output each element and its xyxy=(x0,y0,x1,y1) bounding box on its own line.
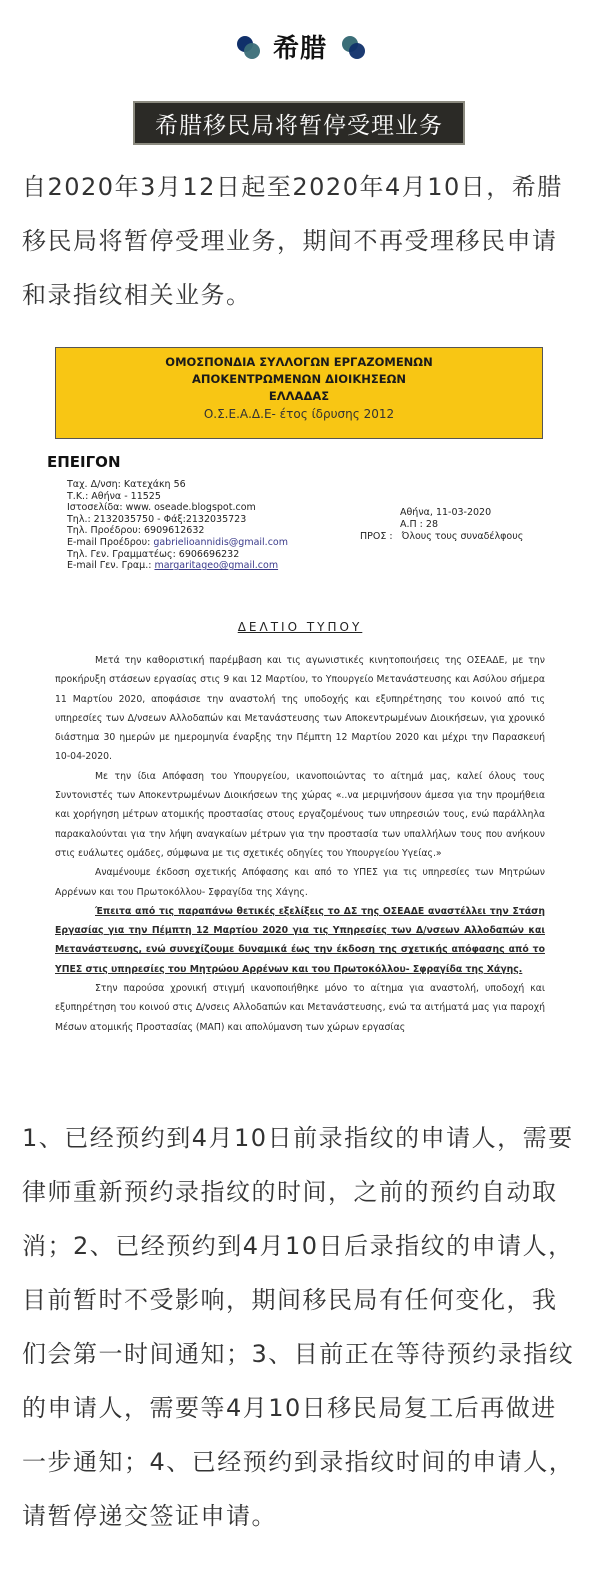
press-release-image: ΟΜΟΣΠΟΝΔΙΑ ΣΥΛΛΟΓΩΝ ΕΡΓΑΖΟΜΕΝΩΝ ΑΠΟΚΕΝΤΡ… xyxy=(40,335,560,1075)
president-email-link: gabrielioannidis@gmail.com xyxy=(153,537,288,548)
place-date: Αθήνα, 11-03-2020 xyxy=(400,507,491,519)
headline-banner: 希腊移民局将暂停受理业务 xyxy=(133,101,465,145)
body-paragraph: Με την ίδια Απόφαση του Υπουργείου, ικαν… xyxy=(55,767,545,863)
contact-line: Ταχ. Δ/νση: Κατεχάκη 56 xyxy=(67,479,288,491)
header-line: ΑΠΟΚΕΝΤΡΩΜΕΝΩΝ ΔΙΟΙΚΗΣΕΩΝ xyxy=(56,371,542,388)
body-paragraph: Μετά την καθοριστική παρέμβαση και τις α… xyxy=(55,651,545,767)
contact-line: Τηλ.: 2132035750 - Φάξ:2132035723 xyxy=(67,514,288,526)
recipient-value: Όλους τους συναδέλφους xyxy=(402,531,524,542)
bold-paragraph: Έπειτα από τις παραπάνω θετικές εξελίξει… xyxy=(55,902,545,979)
contact-line: Τηλ. Προέδρου: 6909612632 xyxy=(67,525,288,537)
contact-line: E-mail Γεν. Γραμ.: margaritageo@gmail.co… xyxy=(67,560,288,572)
press-release-title: ΔΕΛΤΙΟ ΤΥΠΟΥ xyxy=(40,620,560,634)
contact-block: Ταχ. Δ/νση: Κατεχάκη 56 Τ.Κ.: Αθήνα - 11… xyxy=(67,479,288,572)
contact-line: Τ.Κ.: Αθήνα - 11525 xyxy=(67,491,288,503)
header-line: ΕΛΛΑΔΑΣ xyxy=(56,388,542,405)
section-title: 希腊 xyxy=(273,28,327,65)
contact-line: E-mail Προέδρου: gabrielioannidis@gmail.… xyxy=(67,537,288,549)
date-protocol-block: Αθήνα, 11-03-2020 Α.Π : 28 ΠΡΟΣ : Όλους … xyxy=(400,507,491,531)
body-paragraph: Στην παρούσα χρονική στιγμή ικανοποιήθηκ… xyxy=(55,979,545,1037)
body-paragraph: Αναμένουμε έκδοση σχετικής Απόφασης και … xyxy=(55,863,545,902)
recipient-line: ΠΡΟΣ : Όλους τους συναδέλφους xyxy=(360,531,523,543)
section-header: 希腊 xyxy=(0,26,600,66)
intro-paragraph: 自2020年3月12日起至2020年4月10日，希腊移民局将暂停受理业务，期间不… xyxy=(22,160,578,322)
press-release-body: Μετά την καθοριστική παρέμβαση και τις α… xyxy=(55,651,545,1037)
header-line: ΟΜΟΣΠΟΝΔΙΑ ΣΥΛΛΟΓΩΝ ΕΡΓΑΖΟΜΕΝΩΝ xyxy=(56,354,542,371)
recipient-label: ΠΡΟΣ : xyxy=(360,531,393,542)
secretary-email-link: margaritageo@gmail.com xyxy=(154,560,278,571)
notice-paragraph: 1、已经预约到4月10日前录指纹的申请人，需要律师重新预约录指纹的时间，之前的预… xyxy=(22,1111,578,1543)
decorative-dots-icon xyxy=(339,33,365,59)
header-subline: Ο.Σ.Ε.Α.Δ.Ε- έτος ίδρυσης 2012 xyxy=(56,405,542,423)
urgent-label: ΕΠΕΙΓΟΝ xyxy=(47,453,121,471)
contact-line: Τηλ. Γεν. Γραμματέως: 6906696232 xyxy=(67,549,288,561)
contact-line: Ιστοσελίδα: www. oseade.blogspot.com xyxy=(67,502,288,514)
federation-header: ΟΜΟΣΠΟΝΔΙΑ ΣΥΛΛΟΓΩΝ ΕΡΓΑΖΟΜΕΝΩΝ ΑΠΟΚΕΝΤΡ… xyxy=(55,347,543,439)
email-label: E-mail Γεν. Γραμ.: xyxy=(67,560,154,571)
protocol-number: Α.Π : 28 xyxy=(400,519,491,531)
decorative-dots-icon xyxy=(235,33,261,59)
headline-text: 希腊移民局将暂停受理业务 xyxy=(155,107,443,140)
email-label: E-mail Προέδρου: xyxy=(67,537,153,548)
